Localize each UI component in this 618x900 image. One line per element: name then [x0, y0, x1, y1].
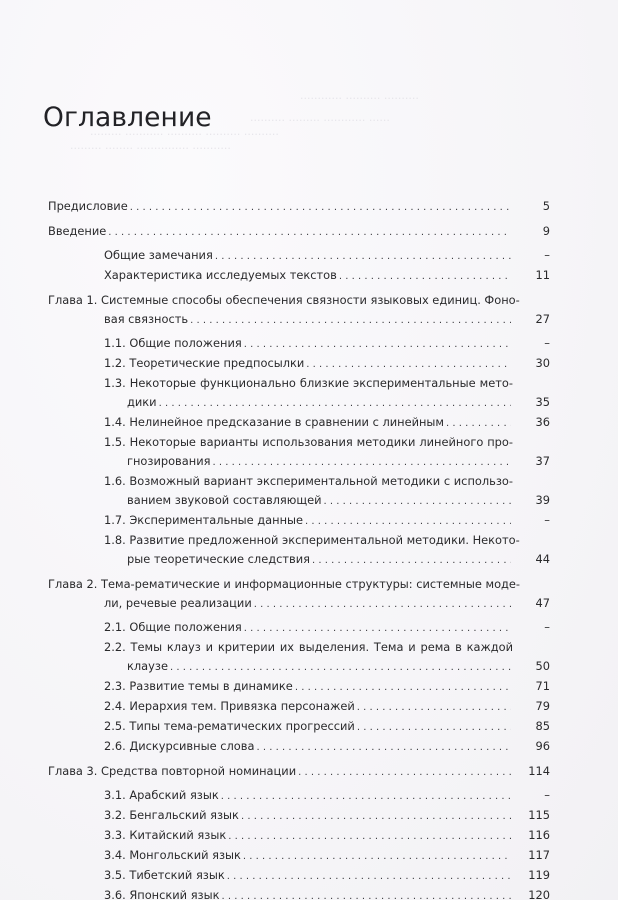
toc-section-entry[interactable]: 2.3. Развитие темы в динамике71 — [48, 677, 550, 697]
toc-page-number: 30 — [516, 354, 550, 373]
toc-entry-title: Предисловие — [48, 197, 128, 216]
toc-page-number: 47 — [516, 594, 550, 613]
toc-page-number: 5 — [516, 197, 550, 216]
toc-entry-line: Глава 3. Средства повторной номинации114 — [48, 762, 550, 782]
toc-entry-line: клаузе50 — [104, 657, 550, 677]
dot-leader — [244, 335, 511, 354]
toc-entry-title: Введение — [48, 222, 106, 241]
dot-leader — [130, 198, 511, 217]
toc-page-number: 44 — [516, 550, 550, 569]
toc-section-entry[interactable]: 1.8. Развитие предложенной экспериментал… — [48, 531, 550, 570]
toc-entry-line: вая связность27 — [48, 310, 550, 330]
toc-entry-line: Предисловие5 — [48, 197, 550, 217]
dot-leader — [221, 787, 511, 806]
dot-leader — [227, 867, 511, 886]
toc-entry-title: 1.1. Общие положения — [104, 334, 242, 353]
toc-page-number: 36 — [516, 413, 550, 432]
toc-entry-title: дики — [127, 393, 157, 412]
toc-entry-title: гнозирования — [127, 452, 210, 471]
toc-entry-title: Глава 1. Системные способы обеспечения с… — [48, 291, 520, 310]
toc-chapter-entry[interactable]: Введение9 — [48, 222, 550, 242]
toc-entry-title: рые теоретические следствия — [127, 550, 310, 569]
toc-entry-line: 3.2. Бенгальский язык115 — [104, 806, 550, 826]
toc-section-entry[interactable]: Характеристика исследуемых текстов11 — [48, 266, 550, 286]
toc-section-entry[interactable]: 3.3. Китайский язык116 — [48, 826, 550, 846]
dot-leader — [357, 698, 511, 717]
toc-section-entry[interactable]: 2.4. Иерархия тем. Привязка персонажей79 — [48, 697, 550, 717]
toc-page-number: 119 — [516, 866, 550, 885]
toc-chapter-entry[interactable]: Предисловие5 — [48, 197, 550, 217]
toc-page-number: – — [516, 618, 550, 637]
toc-chapter-entry[interactable]: Глава 3. Средства повторной номинации114 — [48, 762, 550, 782]
dot-leader — [324, 492, 511, 511]
toc-page-number: 114 — [516, 762, 550, 781]
toc-entry-title: 3.3. Китайский язык — [104, 826, 226, 845]
toc-chapter-entry[interactable]: Глава 2. Тема-рематические и информацион… — [48, 575, 550, 614]
toc-entry-title: ли, речевые реализации — [104, 594, 252, 613]
toc-section-entry[interactable]: 2.1. Общие положения– — [48, 618, 550, 638]
toc-entry-line: 1.5. Некоторые варианты использования ме… — [104, 433, 550, 452]
toc-entry-title: 3.1. Арабский язык — [104, 786, 219, 805]
toc-entry-line: Общие замечания– — [104, 246, 550, 266]
dot-leader — [306, 355, 511, 374]
toc-section-entry[interactable]: Общие замечания– — [48, 246, 550, 266]
toc-page-number: 37 — [516, 452, 550, 471]
toc-entry-line: рые теоретические следствия44 — [104, 550, 550, 570]
dot-leader — [159, 394, 511, 413]
toc-section-entry[interactable]: 1.1. Общие положения– — [48, 334, 550, 354]
toc-entry-title: 1.7. Экспериментальные данные — [104, 511, 303, 530]
toc-entry-line: 2.4. Иерархия тем. Привязка персонажей79 — [104, 697, 550, 717]
bleed-through-text: ········· ········ ··············· ·····… — [70, 142, 231, 155]
toc-entry-line: 3.6. Японский язык120 — [104, 886, 550, 900]
dot-leader — [256, 738, 511, 757]
table-of-contents: Предисловие5Введение9Общие замечания–Хар… — [48, 197, 550, 900]
toc-entry-line: 3.4. Монгольский язык117 — [104, 846, 550, 866]
toc-entry-line: 1.8. Развитие предложенной экспериментал… — [104, 531, 550, 550]
bleed-through-text: ·········· ········· ············ ······ — [250, 114, 390, 127]
toc-entry-line: 3.3. Китайский язык116 — [104, 826, 550, 846]
toc-entry-line: гнозирования37 — [104, 452, 550, 472]
toc-section-entry[interactable]: 2.5. Типы тема-рематических прогрессий85 — [48, 717, 550, 737]
toc-section-entry[interactable]: 1.6. Возможный вариант экспериментальной… — [48, 472, 550, 511]
toc-entry-title: 3.4. Монгольский язык — [104, 846, 241, 865]
toc-page-number: 27 — [516, 310, 550, 329]
toc-entry-line: 2.1. Общие положения– — [104, 618, 550, 638]
toc-entry-title: ванием звуковой составляющей — [127, 491, 322, 510]
toc-entry-title: 1.4. Нелинейное предсказание в сравнении… — [104, 413, 444, 432]
toc-page-number: 39 — [516, 491, 550, 510]
dot-leader — [190, 311, 511, 330]
toc-page-number: 71 — [516, 677, 550, 696]
toc-page-number: 11 — [516, 266, 550, 285]
dot-leader — [357, 718, 511, 737]
dot-leader — [244, 619, 511, 638]
toc-entry-line: 2.6. Дискурсивные слова96 — [104, 737, 550, 757]
toc-entry-title: 1.5. Некоторые варианты использования ме… — [104, 433, 513, 452]
toc-entry-title: 1.3. Некоторые функционально близкие экс… — [104, 374, 513, 393]
toc-entry-title: 2.5. Типы тема-рематических прогрессий — [104, 717, 355, 736]
toc-page-number: 117 — [516, 846, 550, 865]
book-page: ············ ·········· ·········· ·····… — [0, 0, 618, 900]
toc-entry-title: 3.5. Тибетский язык — [104, 866, 225, 885]
dot-leader — [254, 595, 511, 614]
toc-entry-line: 2.3. Развитие темы в динамике71 — [104, 677, 550, 697]
dot-leader — [108, 223, 511, 242]
dot-leader — [241, 807, 511, 826]
toc-entry-title: Характеристика исследуемых текстов — [104, 266, 337, 285]
toc-page-number: 115 — [516, 806, 550, 825]
toc-page-number: 85 — [516, 717, 550, 736]
toc-entry-title: 1.8. Развитие предложенной экспериментал… — [104, 531, 520, 550]
toc-section-entry[interactable]: 1.3. Некоторые функционально близкие экс… — [48, 374, 550, 413]
bleed-through-text: ············ ·········· ·········· — [300, 92, 419, 105]
toc-entry-title: 1.2. Теоретические предпосылки — [104, 354, 304, 373]
toc-section-entry[interactable]: 1.2. Теоретические предпосылки30 — [48, 354, 550, 374]
toc-page-number: 120 — [516, 886, 550, 900]
toc-entry-title: 1.6. Возможный вариант экспериментальной… — [104, 472, 513, 491]
toc-entry-line: Глава 1. Системные способы обеспечения с… — [48, 291, 550, 310]
dot-leader — [212, 453, 511, 472]
dot-leader — [215, 247, 511, 266]
toc-page-number: – — [516, 246, 550, 265]
toc-entry-line: 1.7. Экспериментальные данные– — [104, 511, 550, 531]
toc-section-entry[interactable]: 2.6. Дискурсивные слова96 — [48, 737, 550, 757]
toc-section-entry[interactable]: 3.5. Тибетский язык119 — [48, 866, 550, 886]
toc-entry-line: 1.6. Возможный вариант экспериментальной… — [104, 472, 550, 491]
toc-entry-title: Общие замечания — [104, 246, 213, 265]
toc-entry-title: 2.2. Темы клауз и критерии их выделения.… — [104, 638, 513, 657]
toc-page-number: 116 — [516, 826, 550, 845]
toc-entry-title: 2.3. Развитие темы в динамике — [104, 677, 293, 696]
dot-leader — [446, 414, 511, 433]
dot-leader — [170, 658, 511, 677]
toc-page-number: – — [516, 786, 550, 805]
toc-entry-line: ли, речевые реализации47 — [48, 594, 550, 614]
toc-entry-title: вая связность — [104, 310, 188, 329]
toc-section-entry[interactable]: 1.5. Некоторые варианты использования ме… — [48, 433, 550, 472]
toc-entry-title: клаузе — [127, 657, 168, 676]
toc-section-entry[interactable]: 3.6. Японский язык120 — [48, 886, 550, 900]
toc-section-entry[interactable]: 1.7. Экспериментальные данные– — [48, 511, 550, 531]
toc-entry-title: 3.6. Японский язык — [104, 886, 220, 900]
dot-leader — [295, 678, 511, 697]
toc-page-number: 9 — [516, 222, 550, 241]
toc-page-number: – — [516, 334, 550, 353]
toc-entry-line: 1.4. Нелинейное предсказание в сравнении… — [104, 413, 550, 433]
toc-entry-line: 1.3. Некоторые функционально близкие экс… — [104, 374, 550, 393]
toc-page-number: 79 — [516, 697, 550, 716]
toc-section-entry[interactable]: 3.2. Бенгальский язык115 — [48, 806, 550, 826]
toc-entry-line: 1.1. Общие положения– — [104, 334, 550, 354]
dot-leader — [339, 267, 511, 286]
dot-leader — [305, 512, 511, 531]
toc-entry-line: 1.2. Теоретические предпосылки30 — [104, 354, 550, 374]
toc-page-number: 35 — [516, 393, 550, 412]
toc-section-entry[interactable]: 3.4. Монгольский язык117 — [48, 846, 550, 866]
toc-entry-line: 2.2. Темы клауз и критерии их выделения.… — [104, 638, 550, 657]
dot-leader — [222, 887, 512, 900]
dot-leader — [298, 763, 511, 782]
toc-section-entry[interactable]: 3.1. Арабский язык– — [48, 786, 550, 806]
toc-entry-line: Глава 2. Тема-рематические и информацион… — [48, 575, 550, 594]
toc-entry-line: Введение9 — [48, 222, 550, 242]
toc-entry-title: 3.2. Бенгальский язык — [104, 806, 239, 825]
toc-entry-line: 3.5. Тибетский язык119 — [104, 866, 550, 886]
toc-entry-line: 2.5. Типы тема-рематических прогрессий85 — [104, 717, 550, 737]
toc-entry-line: ванием звуковой составляющей39 — [104, 491, 550, 511]
toc-entry-title: 2.6. Дискурсивные слова — [104, 737, 254, 756]
dot-leader — [243, 847, 511, 866]
page-title: Оглавление — [43, 102, 212, 133]
toc-entry-title: 2.4. Иерархия тем. Привязка персонажей — [104, 697, 355, 716]
toc-page-number: 50 — [516, 657, 550, 676]
toc-page-number: – — [516, 511, 550, 530]
dot-leader — [312, 551, 511, 570]
toc-entry-line: 3.1. Арабский язык– — [104, 786, 550, 806]
toc-chapter-entry[interactable]: Глава 1. Системные способы обеспечения с… — [48, 291, 550, 330]
toc-entry-title: Глава 2. Тема-рематические и информацион… — [48, 575, 520, 594]
toc-page-number: 96 — [516, 737, 550, 756]
toc-entry-title: 2.1. Общие положения — [104, 618, 242, 637]
toc-section-entry[interactable]: 1.4. Нелинейное предсказание в сравнении… — [48, 413, 550, 433]
dot-leader — [228, 827, 511, 846]
toc-entry-line: Характеристика исследуемых текстов11 — [104, 266, 550, 286]
toc-entry-line: дики35 — [104, 393, 550, 413]
toc-section-entry[interactable]: 2.2. Темы клауз и критерии их выделения.… — [48, 638, 550, 677]
toc-entry-title: Глава 3. Средства повторной номинации — [48, 762, 296, 781]
